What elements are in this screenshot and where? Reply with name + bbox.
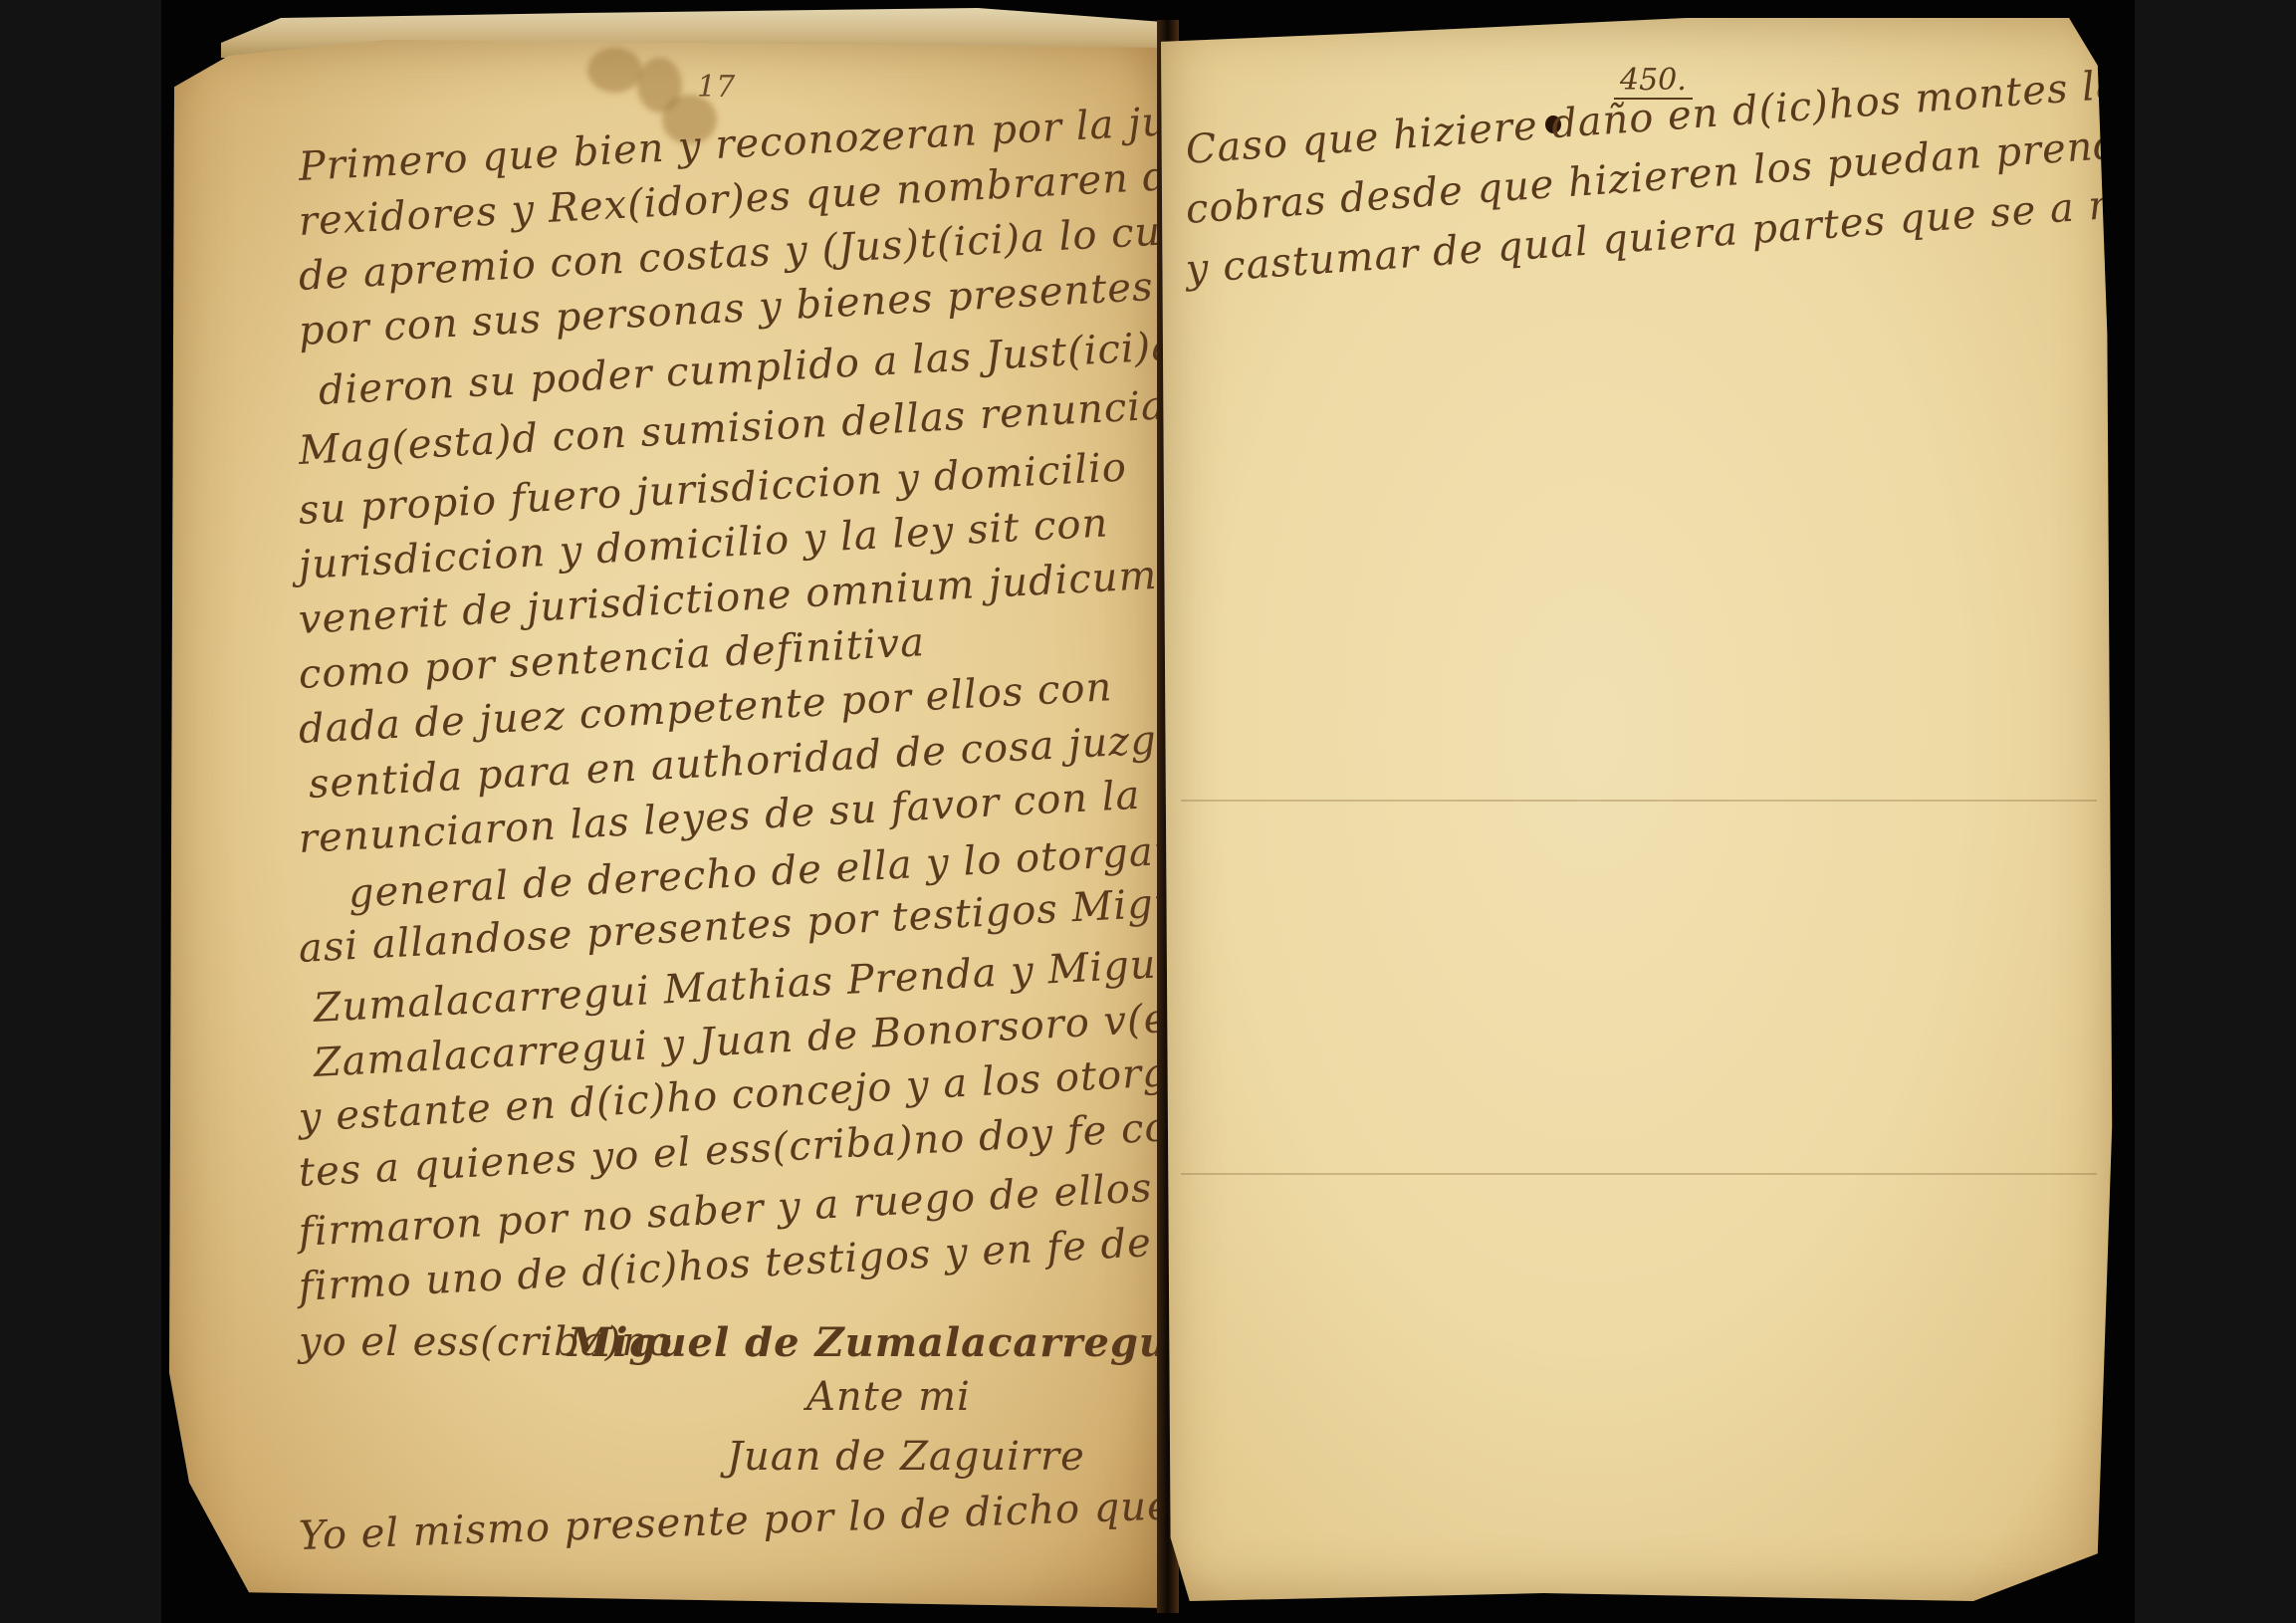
ante-mi-text: Ante mi [806, 1374, 971, 1420]
fold-line [1181, 1173, 2097, 1175]
notary-signature: Juan de Zaguirre [727, 1434, 1085, 1480]
manuscript-photo: 17 Primero que bien y reconozeran por la… [161, 0, 2135, 1623]
fold-line [1181, 800, 2097, 802]
text-line: Yo el mismo presente por lo de dicho que [298, 1483, 1172, 1559]
page-top-mark: 17 [697, 70, 735, 105]
right-page: 450. Caso que hiziere daño en d(ic)hos m… [1161, 18, 2117, 1601]
witness-signature: Miguel de Zumalacarregui [568, 1319, 1185, 1366]
left-page: 17 Primero que bien y reconozeran por la… [169, 40, 1165, 1608]
